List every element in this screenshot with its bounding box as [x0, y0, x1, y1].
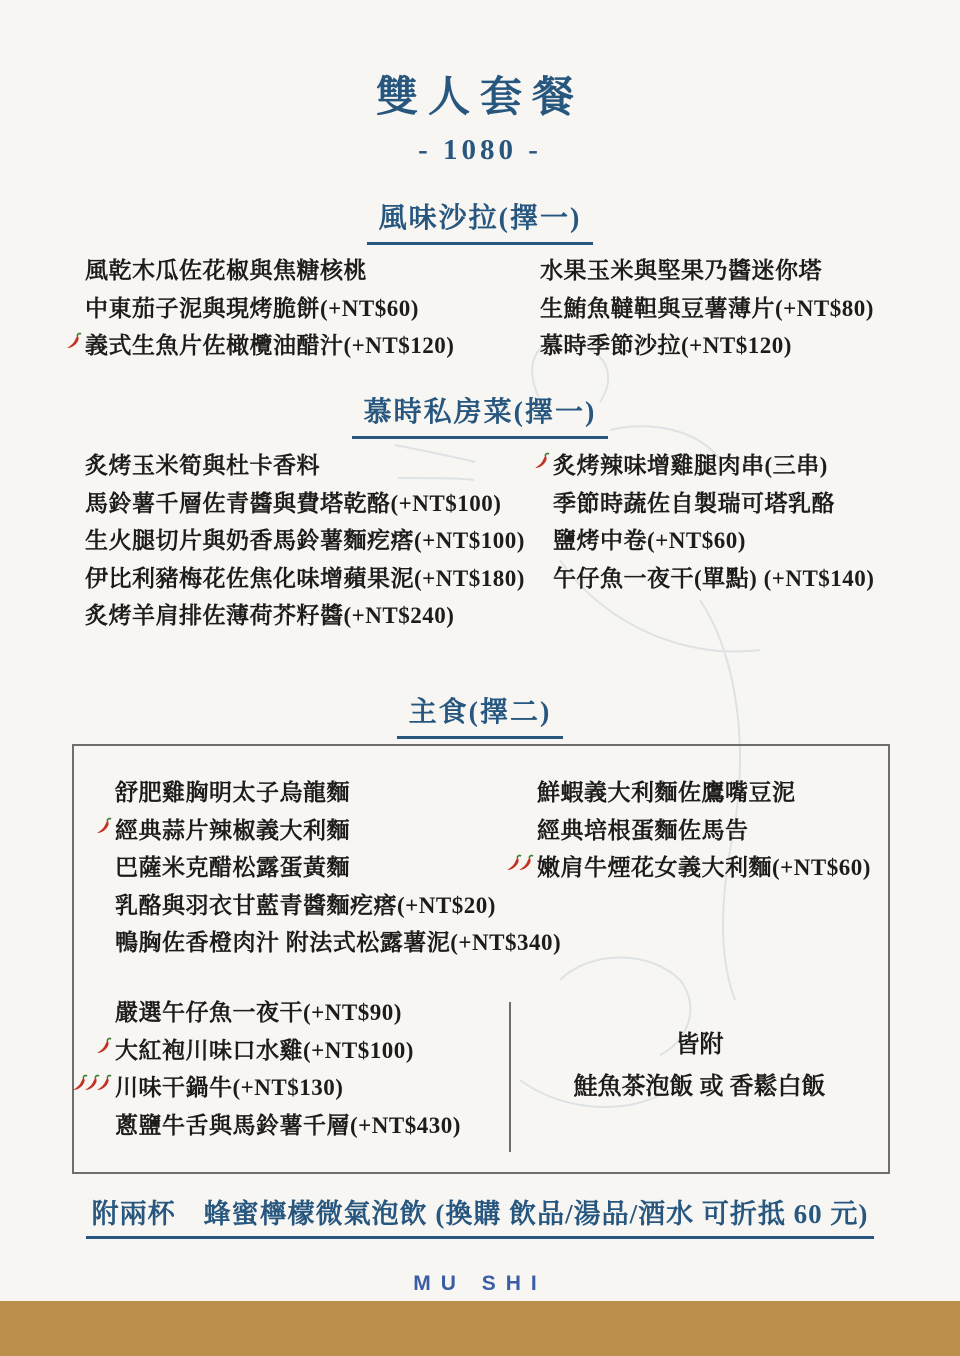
menu-item-label: 馬鈴薯千層佐青醬與費塔乾酪(+NT$100) [85, 491, 501, 516]
menu-item: 乳酪與羽衣甘藍青醬麵疙瘩(+NT$20) [115, 887, 561, 925]
menu-page: 雙人套餐 - 1080 - 風味沙拉(擇一) 風乾木瓜佐花椒與焦糖核桃中東茄子泥… [0, 0, 960, 1356]
menu-item-label: 季節時蔬佐自製瑞可塔乳酪 [553, 491, 835, 516]
menu-item-label: 風乾木瓜佐花椒與焦糖核桃 [85, 258, 367, 283]
mains-box: 舒肥雞胸明太子烏龍麵經典蒜片辣椒義大利麵巴薩米克醋松露蛋黃麵乳酪與羽衣甘藍青醬麵… [72, 744, 890, 1174]
mains-top-right-list: 鮮蝦義大利麵佐鷹嘴豆泥經典培根蛋麵佐馬告嫩肩牛煙花女義大利麵(+NT$60) [537, 774, 871, 887]
menu-item-label: 炙烤玉米筍與杜卡香料 [85, 453, 320, 478]
footer-note: 附兩杯 蜂蜜檸檬微氣泡飲 (換購 飲品/湯品/酒水 可折抵 60 元) [0, 1192, 960, 1239]
menu-item: 鹽烤中卷(+NT$60) [553, 522, 874, 560]
menu-item: 風乾木瓜佐花椒與焦糖核桃 [85, 252, 454, 290]
chili-icon [76, 1073, 115, 1092]
menu-item-label: 舒肥雞胸明太子烏龍麵 [115, 780, 350, 805]
menu-item: 生火腿切片與奶香馬鈴薯麵疙瘩(+NT$100) [85, 522, 525, 560]
menu-item: 炙烤羊肩排佐薄荷芥籽醬(+NT$240) [85, 597, 525, 635]
menu-item-label: 乳酪與羽衣甘藍青醬麵疙瘩(+NT$20) [115, 893, 496, 918]
menu-item: 大紅袍川味口水雞(+NT$100) [115, 1032, 461, 1070]
menu-item-label: 生鮪魚韃靼與豆薯薄片(+NT$80) [540, 296, 874, 321]
menu-item: 水果玉米與堅果乃醬迷你塔 [540, 252, 874, 290]
menu-item-label: 水果玉米與堅果乃醬迷你塔 [540, 258, 822, 283]
menu-item: 舒肥雞胸明太子烏龍麵 [115, 774, 561, 812]
page-title: 雙人套餐 [0, 64, 960, 124]
menu-item-label: 生火腿切片與奶香馬鈴薯麵疙瘩(+NT$100) [85, 528, 525, 553]
section-header-private: 慕時私房菜(擇一) [0, 390, 960, 439]
section-header-salad-label: 風味沙拉(擇一) [367, 196, 594, 245]
menu-item-label: 鴨胸佐香橙肉汁 附法式松露薯泥(+NT$340) [115, 930, 561, 955]
menu-item: 中東茄子泥與現烤脆餅(+NT$60) [85, 290, 454, 328]
menu-item: 嚴選午仔魚一夜干(+NT$90) [115, 994, 461, 1032]
menu-item: 生鮪魚韃靼與豆薯薄片(+NT$80) [540, 290, 874, 328]
menu-item-label: 嫩肩牛煙花女義大利麵(+NT$60) [537, 855, 871, 880]
menu-item: 經典蒜片辣椒義大利麵 [115, 812, 561, 850]
menu-item: 炙烤辣味增雞腿肉串(三串) [553, 447, 874, 485]
menu-item: 嫩肩牛煙花女義大利麵(+NT$60) [537, 849, 871, 887]
menu-item: 伊比利豬梅花佐焦化味增蘋果泥(+NT$180) [85, 560, 525, 598]
footer-note-label: 附兩杯 蜂蜜檸檬微氣泡飲 (換購 飲品/湯品/酒水 可折抵 60 元) [86, 1192, 875, 1239]
menu-item: 炙烤玉米筍與杜卡香料 [85, 447, 525, 485]
included-text: 鮭魚茶泡飯 或 香鬆白飯 [511, 1066, 888, 1108]
menu-item-label: 經典蒜片辣椒義大利麵 [115, 818, 350, 843]
menu-item-label: 巴薩米克醋松露蛋黃麵 [115, 855, 350, 880]
menu-item: 川味干鍋牛(+NT$130) [115, 1069, 461, 1107]
menu-item-label: 炙烤辣味增雞腿肉串(三串) [553, 453, 828, 478]
menu-item-label: 川味干鍋牛(+NT$130) [115, 1075, 343, 1100]
section-header-mains: 主食(擇二) [0, 690, 960, 739]
salad-right-list: 水果玉米與堅果乃醬迷你塔生鮪魚韃靼與豆薯薄片(+NT$80)慕時季節沙拉(+NT… [540, 252, 874, 365]
menu-item: 義式生魚片佐橄欖油醋汁(+NT$120) [85, 327, 454, 365]
salad-left-list: 風乾木瓜佐花椒與焦糖核桃中東茄子泥與現烤脆餅(+NT$60)義式生魚片佐橄欖油醋… [85, 252, 454, 365]
menu-item-label: 炙烤羊肩排佐薄荷芥籽醬(+NT$240) [85, 603, 454, 628]
chili-icon [538, 451, 553, 470]
menu-item: 慕時季節沙拉(+NT$120) [540, 327, 874, 365]
menu-item-label: 經典培根蛋麵佐馬告 [537, 818, 749, 843]
brand-logo: MU SHI [0, 1272, 960, 1296]
chili-icon [100, 816, 115, 835]
menu-item-label: 鹽烤中卷(+NT$60) [553, 528, 746, 553]
menu-item-label: 鮮蝦義大利麵佐鷹嘴豆泥 [537, 780, 796, 805]
private-right-list: 炙烤辣味增雞腿肉串(三串)季節時蔬佐自製瑞可塔乳酪鹽烤中卷(+NT$60)午仔魚… [553, 447, 874, 597]
section-header-mains-label: 主食(擇二) [397, 690, 564, 739]
section-header-salad: 風味沙拉(擇一) [0, 196, 960, 245]
menu-item: 巴薩米克醋松露蛋黃麵 [115, 849, 561, 887]
menu-item-label: 大紅袍川味口水雞(+NT$100) [115, 1038, 414, 1063]
menu-item: 蔥鹽牛舌與馬鈴薯千層(+NT$430) [115, 1107, 461, 1145]
menu-item-label: 蔥鹽牛舌與馬鈴薯千層(+NT$430) [115, 1113, 461, 1138]
menu-item-label: 嚴選午仔魚一夜干(+NT$90) [115, 1000, 402, 1025]
menu-item-label: 中東茄子泥與現烤脆餅(+NT$60) [85, 296, 419, 321]
private-left-list: 炙烤玉米筍與杜卡香料馬鈴薯千層佐青醬與費塔乾酪(+NT$100)生火腿切片與奶香… [85, 447, 525, 635]
mains-top-left-list: 舒肥雞胸明太子烏龍麵經典蒜片辣椒義大利麵巴薩米克醋松露蛋黃麵乳酪與羽衣甘藍青醬麵… [115, 774, 561, 962]
section-header-private-label: 慕時私房菜(擇一) [352, 390, 609, 439]
included-title: 皆附 [511, 1024, 888, 1066]
chili-icon [100, 1036, 115, 1055]
menu-item: 馬鈴薯千層佐青醬與費塔乾酪(+NT$100) [85, 485, 525, 523]
chili-icon [70, 331, 85, 350]
chili-icon [510, 853, 537, 872]
menu-item-label: 義式生魚片佐橄欖油醋汁(+NT$120) [85, 333, 454, 358]
mains-bottom-left-list: 嚴選午仔魚一夜干(+NT$90)大紅袍川味口水雞(+NT$100)川味干鍋牛(+… [115, 994, 461, 1144]
menu-item: 季節時蔬佐自製瑞可塔乳酪 [553, 485, 874, 523]
menu-item-label: 慕時季節沙拉(+NT$120) [540, 333, 792, 358]
bottom-color-bar [0, 1301, 960, 1356]
menu-item: 鴨胸佐香橙肉汁 附法式松露薯泥(+NT$340) [115, 924, 561, 962]
menu-item: 鮮蝦義大利麵佐鷹嘴豆泥 [537, 774, 871, 812]
menu-item-label: 伊比利豬梅花佐焦化味增蘋果泥(+NT$180) [85, 566, 525, 591]
menu-item: 經典培根蛋麵佐馬告 [537, 812, 871, 850]
menu-item: 午仔魚一夜干(單點) (+NT$140) [553, 560, 874, 598]
set-price: - 1080 - [0, 134, 960, 167]
menu-item-label: 午仔魚一夜干(單點) (+NT$140) [553, 566, 874, 591]
included-note: 皆附 鮭魚茶泡飯 或 香鬆白飯 [511, 1024, 888, 1108]
